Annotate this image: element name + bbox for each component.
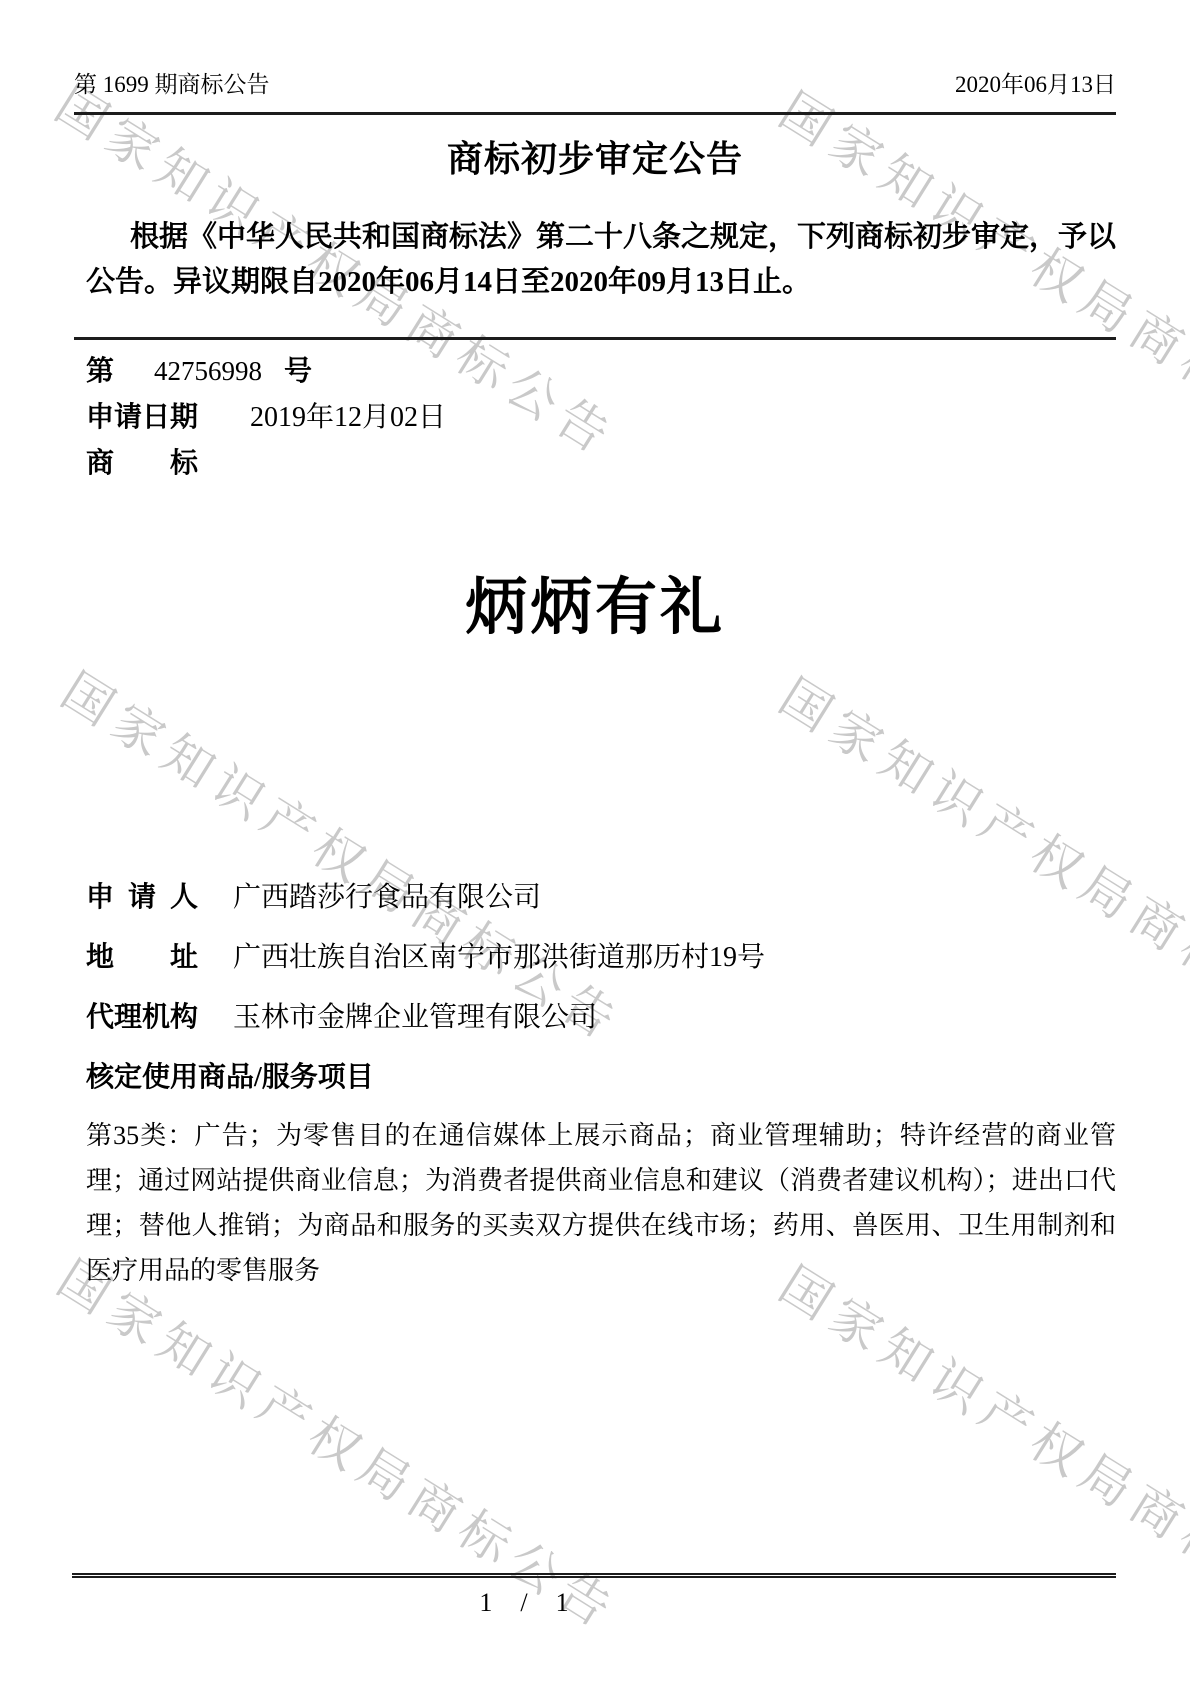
trademark-label-row: 商标 bbox=[86, 449, 1116, 479]
agent-value: 玉林市金牌企业管理有限公司 bbox=[233, 1002, 597, 1033]
page-header: 第 1699 期商标公告 2020年06月13日 bbox=[74, 0, 1116, 97]
trademark-label: 商标 bbox=[86, 449, 198, 479]
trademark-text: 炳炳有礼 bbox=[465, 573, 725, 643]
section-divider bbox=[74, 337, 1116, 340]
total-pages: 1 bbox=[556, 1589, 569, 1617]
services-heading: 核定使用商品/服务项目 bbox=[86, 1063, 1116, 1093]
current-page: 1 bbox=[479, 1589, 492, 1617]
agent-label: 代理机构 bbox=[86, 1003, 198, 1033]
agent-row: 代理机构玉林市金牌企业管理有限公司 bbox=[86, 1003, 1116, 1033]
registration-number-row: 第42756998号 bbox=[86, 356, 1116, 387]
services-text: 第35类：广告；为零售目的在通信媒体上展示商品；商业管理辅助；特许经营的商业管理… bbox=[86, 1113, 1116, 1293]
applicant-label: 申请人 bbox=[86, 883, 198, 913]
page-footer: 1 / 1 bbox=[72, 1573, 1116, 1617]
apply-date-value: 2019年12月02日 bbox=[250, 402, 446, 433]
apply-date-label: 申请日期 bbox=[86, 403, 198, 433]
intro-paragraph: 根据《中华人民共和国商标法》第二十八条之规定，下列商标初步审定，予以公告。异议期… bbox=[86, 215, 1116, 305]
page-title: 商标初步审定公告 bbox=[74, 141, 1116, 177]
trademark-image-area: 炳炳有礼 bbox=[74, 495, 1116, 883]
document-content: 第 1699 期商标公告 2020年06月13日 商标初步审定公告 根据《中华人… bbox=[0, 0, 1190, 1293]
address-row: 地址广西壮族自治区南宁市那洪街道那历村19号 bbox=[86, 943, 1116, 973]
gazette-date: 2020年06月13日 bbox=[955, 72, 1116, 97]
document-page: 国家知识产权局商标公告 国家知识产权局商标公告 国家知识产权局商标公告 国家知识… bbox=[0, 0, 1190, 1684]
applicant-value: 广西踏莎行食品有限公司 bbox=[233, 882, 541, 913]
footer-divider bbox=[72, 1573, 1116, 1578]
address-label: 地址 bbox=[86, 943, 198, 973]
apply-date-row: 申请日期2019年12月02日 bbox=[86, 403, 1116, 433]
header-divider bbox=[74, 112, 1116, 115]
page-number: 1 / 1 bbox=[2, 1589, 1046, 1617]
registration-suffix: 号 bbox=[284, 356, 312, 387]
registration-prefix: 第 bbox=[86, 356, 114, 387]
address-value: 广西壮族自治区南宁市那洪街道那历村19号 bbox=[233, 942, 765, 973]
registration-number: 42756998 bbox=[154, 356, 262, 386]
applicant-row: 申请人广西踏莎行食品有限公司 bbox=[86, 883, 1116, 913]
gazette-issue: 第 1699 期商标公告 bbox=[74, 72, 270, 97]
page-separator: / bbox=[520, 1589, 527, 1617]
